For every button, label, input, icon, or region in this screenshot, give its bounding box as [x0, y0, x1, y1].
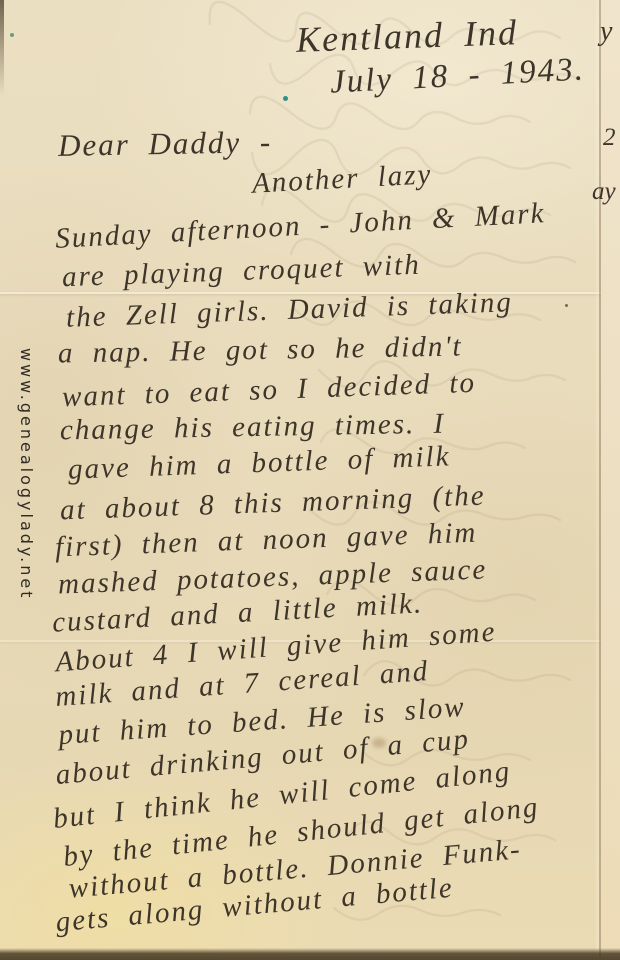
letter-line: the Zell girls. David is taking [66, 288, 514, 333]
scan-edge-shadow [0, 0, 4, 96]
letter-line: gave him a bottle of milk [68, 442, 451, 484]
letter-line: Another lazy [251, 160, 433, 198]
paper-background: www.genealogylady.net Kentland Ind July … [0, 0, 620, 960]
edge-ink-fragment: 2 [603, 124, 616, 152]
watermark-text: www.genealogylady.net [17, 348, 36, 600]
right-page-edge [599, 0, 601, 960]
letter-place: Kentland Ind [295, 14, 518, 58]
paper-smudge [372, 738, 386, 748]
ink-speck [10, 33, 14, 37]
letter-line: Sunday afternoon - John & Mark [55, 199, 547, 254]
letter-line: a nap. He got so he didn't [58, 332, 463, 368]
letter-scan-page: { "document": { "type": "handwritten-let… [0, 0, 620, 960]
edge-ink-fragment: y [600, 16, 612, 48]
edge-ink-fragment: ay [592, 178, 616, 206]
scan-bottom-edge [0, 948, 620, 960]
letter-line: change his eating times. I [60, 410, 446, 446]
ink-speck [565, 304, 568, 307]
ink-speck [283, 96, 288, 101]
letter-line: want to eat so I decided to [62, 369, 477, 412]
letter-date: July 18 - 1943. [329, 53, 585, 99]
letter-line: mashed potatoes, apple sauce [58, 556, 488, 600]
letter-salutation: Dear Daddy - [58, 126, 273, 161]
letter-line: are playing croquet with [62, 251, 422, 293]
